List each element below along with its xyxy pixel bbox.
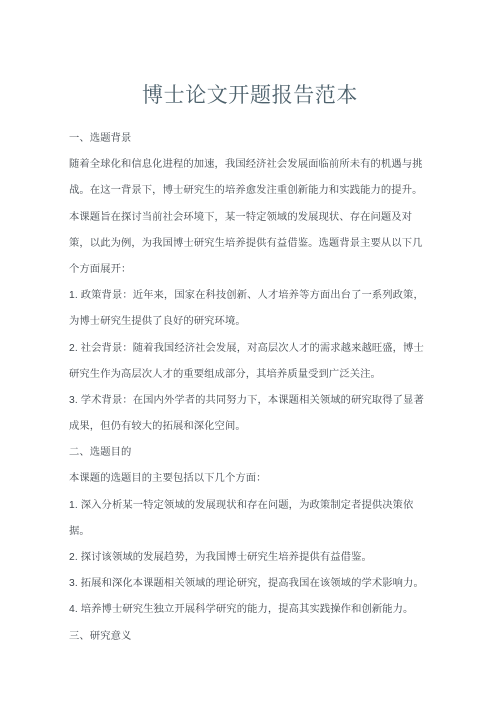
document-line: 策，以此为例，为我国博士研究生培养提供有益借鉴。选题背景主要从以下几 (69, 231, 439, 257)
list-item-line: 2. 社会背景：随着我国经济社会发展，对高层次人才的需求越来越旺盛，博士 (69, 336, 439, 362)
document-body: 一、选题背景 随着全球化和信息化进程的加速，我国经济社会发展面临前所未有的机遇与… (69, 126, 439, 650)
document-title: 博士论文开题报告范本 (0, 79, 500, 109)
document-line: 个方面展开： (69, 257, 439, 283)
list-item-line: 1. 政策背景：近年来，国家在科技创新、人才培养等方面出台了一系列政策， (69, 283, 439, 309)
document-page: 博士论文开题报告范本 一、选题背景 随着全球化和信息化进程的加速，我国经济社会发… (0, 0, 500, 707)
document-line: 本课题旨在探讨当前社会环境下，某一特定领域的发展现状、存在问题及对 (69, 205, 439, 231)
list-item-line: 为博士研究生提供了良好的研究环境。 (69, 309, 439, 335)
list-item-line: 3. 拓展和深化本课题相关领域的理论研究，提高我国在该领域的学术影响力。 (69, 571, 439, 597)
list-item-line: 据。 (69, 519, 439, 545)
list-item-line: 研究生作为高层次人才的重要组成部分，其培养质量受到广泛关注。 (69, 362, 439, 388)
section-heading: 三、研究意义 (69, 624, 439, 650)
list-item-line: 3. 学术背景：在国内外学者的共同努力下，本课题相关领域的研究取得了显著 (69, 388, 439, 414)
list-item-line: 1. 深入分析某一特定领域的发展现状和存在问题，为政策制定者提供决策依 (69, 493, 439, 519)
document-line: 战。在这一背景下，博士研究生的培养愈发注重创新能力和实践能力的提升。 (69, 178, 439, 204)
document-line: 随着全球化和信息化进程的加速，我国经济社会发展面临前所未有的机遇与挑 (69, 152, 439, 178)
document-line: 本课题的选题目的主要包括以下几个方面： (69, 466, 439, 492)
list-item-line: 成果，但仍有较大的拓展和深化空间。 (69, 414, 439, 440)
list-item-line: 4. 培养博士研究生独立开展科学研究的能力，提高其实践操作和创新能力。 (69, 597, 439, 623)
section-heading: 二、选题目的 (69, 440, 439, 466)
section-heading: 一、选题背景 (69, 126, 439, 152)
list-item-line: 2. 探讨该领域的发展趋势，为我国博士研究生培养提供有益借鉴。 (69, 545, 439, 571)
